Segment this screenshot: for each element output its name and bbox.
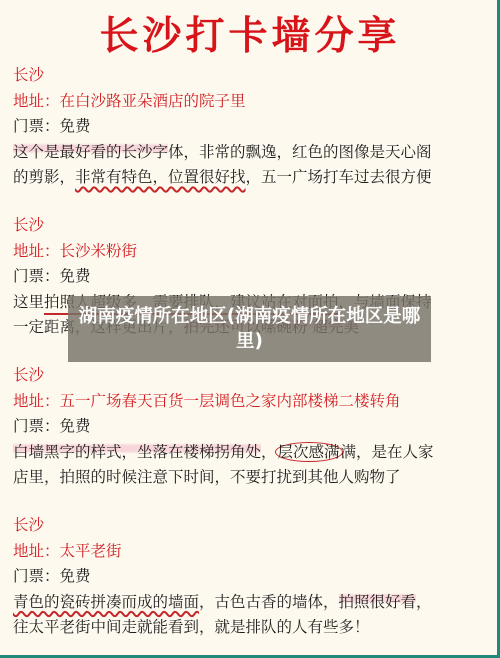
address-line: 地址：太平老街 bbox=[13, 539, 493, 565]
city-label: 长沙 bbox=[13, 63, 493, 89]
city-label: 长沙 bbox=[13, 513, 493, 539]
page-title: 长沙打卡墙分享 bbox=[0, 12, 500, 60]
caption-overlay: 湖南疫情所在地区(湖南疫情所在地区是哪里) bbox=[68, 296, 431, 362]
description-line-2: 店里，拍照的时候注意下时间，不要打扰到其他人购物了 bbox=[13, 465, 493, 491]
spot-section-3: 长沙 地址：五一广场春天百货一层调色之家内部楼梯二楼转角 门票：免费 白墙黑字的… bbox=[13, 363, 493, 491]
caption-text: 湖南疫情所在地区(湖南疫情所在地区是哪里) bbox=[74, 304, 425, 354]
spot-section-4: 长沙 地址：太平老街 门票：免费 青色的瓷砖拼凑而成的墙面，古色古香的墙体，拍照… bbox=[13, 513, 493, 641]
description-line-2: 往太平老街中间走就能看到，就是排队的人有些多！ bbox=[13, 615, 493, 641]
highlight-mark: 白墙黑字的样式，坐落在楼梯拐角处 bbox=[13, 443, 261, 461]
highlight-mark: 拍照很好看 bbox=[339, 593, 417, 611]
highlight-mark: 这个是最好看的长沙字 bbox=[13, 143, 168, 161]
circle-mark: 层次感满 bbox=[275, 442, 343, 462]
address-line: 地址：在白沙路亚朵酒店的院子里 bbox=[13, 89, 493, 115]
ticket-line: 门票：免费 bbox=[13, 114, 493, 140]
ticket-line: 门票：免费 bbox=[13, 414, 493, 440]
description-line-1: 这个是最好看的长沙字体，非常的飘逸，红色的图像是天心阁 bbox=[13, 140, 493, 166]
city-label: 长沙 bbox=[13, 363, 493, 389]
wavy-underline-mark: 青色的瓷砖拼凑而成的墙面 bbox=[13, 593, 199, 611]
poster: 长沙打卡墙分享 长沙 地址：在白沙路亚朵酒店的院子里 门票：免费 这个是最好看的… bbox=[0, 0, 500, 658]
address-line: 地址：五一广场春天百货一层调色之家内部楼梯二楼转角 bbox=[13, 389, 493, 415]
address-line: 地址：长沙米粉街 bbox=[13, 239, 493, 265]
ticket-line: 门票：免费 bbox=[13, 264, 493, 290]
city-label: 长沙 bbox=[13, 213, 493, 239]
spot-section-1: 长沙 地址：在白沙路亚朵酒店的院子里 门票：免费 这个是最好看的长沙字体，非常的… bbox=[13, 63, 493, 191]
wavy-underline-mark: 非常有特色，位置很好找 bbox=[75, 168, 246, 186]
description-line-2: 的剪影，非常有特色，位置很好找，五一广场打车过去很方便 bbox=[13, 165, 493, 191]
description-line-1: 白墙黑字的样式，坐落在楼梯拐角处，层次感满满，是在人家 bbox=[13, 440, 493, 466]
description-line-1: 青色的瓷砖拼凑而成的墙面，古色古香的墙体，拍照很好看， bbox=[13, 590, 493, 616]
ticket-line: 门票：免费 bbox=[13, 564, 493, 590]
